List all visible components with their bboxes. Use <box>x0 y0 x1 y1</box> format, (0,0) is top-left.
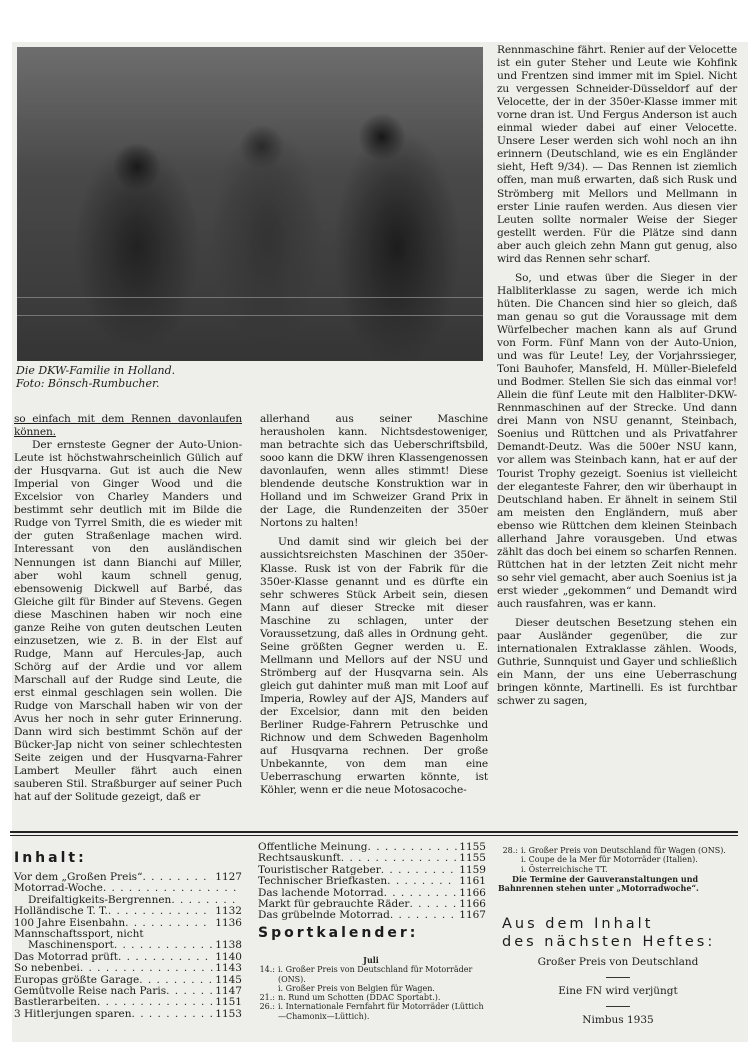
contents-list-middle: Öffentliche Meinung1155 Rechtsauskunft11… <box>258 842 486 922</box>
contents-entry[interactable]: Das lachende Motorrad1166 <box>258 888 486 899</box>
article-paragraph: allerhand aus seiner Maschine heraushole… <box>260 413 488 530</box>
contents-entry[interactable]: Maschinensport1138 <box>14 940 242 951</box>
caption-title: Die DKW-Familie in Holland. <box>16 364 316 377</box>
article-column-middle: allerhand aus seiner Maschine heraushole… <box>260 413 488 797</box>
contents-entry[interactable]: Rechtsauskunft1155 <box>258 853 486 864</box>
article-column-right: Rennmaschine fährt. Renier auf der Veloc… <box>497 44 737 708</box>
next-issue-item: Großer Preis von Deutschland <box>498 955 738 970</box>
contents-entry[interactable]: Öffentliche Meinung1155 <box>258 842 486 853</box>
next-issue-item: Eine FN wird verjüngt <box>498 984 738 999</box>
divider-rule <box>10 835 738 836</box>
next-issue-list: Großer Preis von Deutschland Eine FN wir… <box>498 955 738 1027</box>
article-paragraph: Dieser deutschen Besetzung stehen ein pa… <box>497 617 737 708</box>
contents-entry[interactable]: 100 Jahre Eisenbahn1136 <box>14 918 242 929</box>
contents-heading: Inhalt: <box>14 850 87 866</box>
calendar-entry: 21.:n. Rund um Schotten (DDAC Sportabt.)… <box>255 993 487 1002</box>
contents-entry[interactable]: 3 Hitlerjungen sparen1153 <box>14 1009 242 1020</box>
contents-entry[interactable]: Holländische T. T.1132 <box>14 906 242 917</box>
article-paragraph: So, und etwas über die Sieger in der Hal… <box>497 272 737 611</box>
dkw-team-photo <box>17 47 483 361</box>
contents-entry[interactable]: Vor dem „Großen Preis“1127 <box>14 872 242 883</box>
next-issue-heading-line: des nächsten Heftes: <box>502 933 742 951</box>
contents-entry[interactable]: Touristischer Ratgeber1159 <box>258 865 486 876</box>
calendar-entry: 14.:i. Großer Preis von Deutschland für … <box>255 965 487 984</box>
contents-entry[interactable]: Das Motorrad prüft1140 <box>14 952 242 963</box>
contents-entry[interactable]: Bastlerarbeiten1151 <box>14 997 242 1008</box>
next-issue-heading-line: Aus dem Inhalt <box>502 915 742 933</box>
scan-line <box>17 315 483 316</box>
separator-dash <box>606 977 630 978</box>
calendar-entry: i. Österreichische TT. <box>498 865 733 874</box>
contents-entry[interactable]: Technischer Briefkasten1161 <box>258 876 486 887</box>
next-issue-heading: Aus dem Inhalt des nächsten Heftes: <box>502 915 742 951</box>
next-issue-item: Nimbus 1935 <box>498 1013 738 1028</box>
contents-entry[interactable]: Dreifaltigkeits-Bergrennen <box>14 895 242 906</box>
sportkalender-list: Juli 14.:i. Großer Preis von Deutschland… <box>255 956 487 1021</box>
sportkalender-heading: Sportkalender: <box>258 925 418 941</box>
calendar-entry: i. Großer Preis von Belgien für Wagen. <box>255 984 487 993</box>
calendar-month: Juli <box>255 956 487 965</box>
scan-line <box>17 297 483 298</box>
separator-dash <box>606 1006 630 1007</box>
calendar-entry: i. Coupe de la Mer für Motorräder (Itali… <box>498 855 733 864</box>
calendar-entry: 28.:i. Großer Preis von Deutschland für … <box>498 846 733 855</box>
caption-credit: Foto: Bönsch-Rumbucher. <box>16 377 316 390</box>
contents-entry[interactable]: Europas größte Garage1145 <box>14 975 242 986</box>
calendar-note: Die Termine der Gauveranstaltungen und B… <box>498 875 733 894</box>
article-paragraph: so einfach mit dem Rennen davonlaufen kö… <box>14 413 242 439</box>
article-column-left: so einfach mit dem Rennen davonlaufen kö… <box>14 413 242 804</box>
contents-entry[interactable]: Markt für gebrauchte Räder1166 <box>258 899 486 910</box>
contents-list-left: Vor dem „Großen Preis“1127 Motorrad-Woch… <box>14 872 242 1020</box>
photo-caption: Die DKW-Familie in Holland. Foto: Bönsch… <box>16 364 316 390</box>
divider-rule <box>10 831 738 833</box>
contents-entry[interactable]: Motorrad-Woche <box>14 883 242 894</box>
contents-entry[interactable]: Gemütvolle Reise nach Paris1147 <box>14 986 242 997</box>
calendar-entry: 26.:i. Internationale Fernfahrt für Moto… <box>255 1002 487 1021</box>
article-paragraph: Und damit sind wir gleich bei der aussic… <box>260 536 488 797</box>
contents-entry[interactable]: So nebenbei1143 <box>14 963 242 974</box>
contents-entry[interactable]: Das grübelnde Motorrad1167 <box>258 910 486 921</box>
contents-entry[interactable]: Mannschaftssport, nicht <box>14 929 242 940</box>
sportkalender-list-continued: 28.:i. Großer Preis von Deutschland für … <box>498 846 733 893</box>
article-paragraph: Rennmaschine fährt. Renier auf der Veloc… <box>497 44 737 266</box>
article-paragraph: Der ernsteste Gegner der Auto-Union-Leut… <box>14 439 242 804</box>
